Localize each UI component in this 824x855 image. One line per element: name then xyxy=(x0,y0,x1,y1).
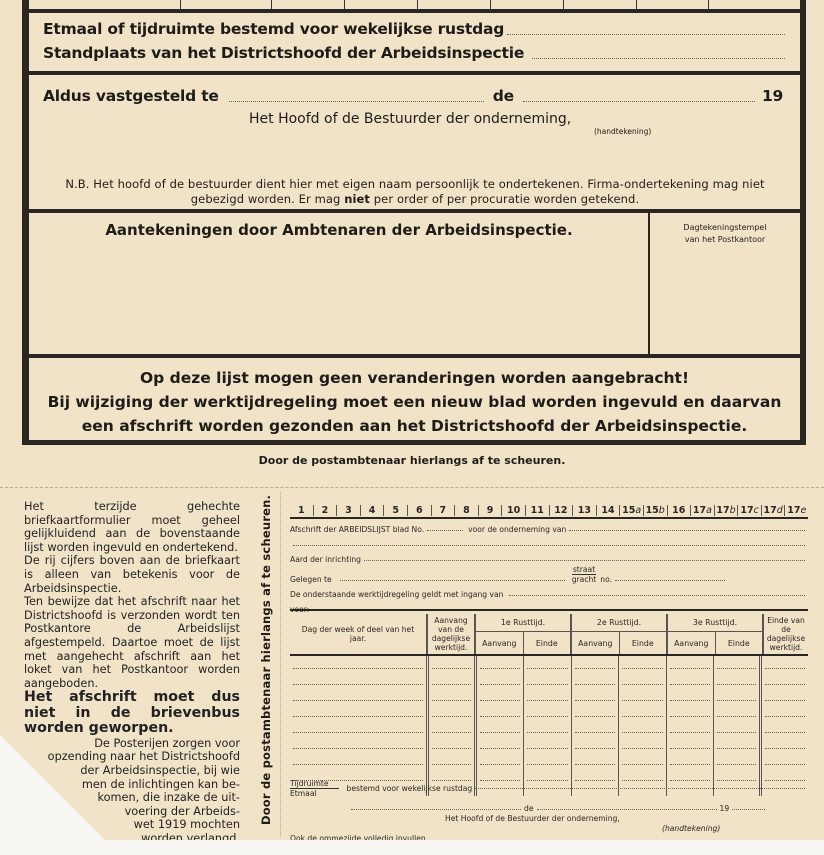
card-year-field[interactable] xyxy=(732,808,765,810)
top-cell xyxy=(709,0,800,9)
card-signature-hint: (handtekening) xyxy=(290,824,808,833)
form-bottom-border xyxy=(22,440,806,445)
col-rest-2: 2e Rusttijd. AanvangEinde xyxy=(572,614,668,654)
notes-area[interactable] xyxy=(29,238,648,354)
top-cell xyxy=(418,0,491,9)
col-day: Dag der week of deel van het jaar. xyxy=(290,614,428,654)
date-de-label: de xyxy=(493,87,514,105)
established-label: Aldus vastgesteld te xyxy=(43,87,219,105)
rest2-end-column[interactable] xyxy=(619,656,667,796)
postcard-copy: 123456789101112131415a15b1617a17b17c17d1… xyxy=(290,503,808,614)
tear-line[interactable] xyxy=(0,487,824,488)
divider xyxy=(22,354,806,358)
nb-line-1: N.B. Het hoofd of de bestuurder dient hi… xyxy=(32,177,798,192)
rest1-start-column[interactable] xyxy=(477,656,524,796)
card-signatory: Het Hoofd of de Bestuurder der ondernemi… xyxy=(290,814,808,823)
top-cell xyxy=(181,0,272,9)
copy-line: Afschrift der ARBEIDSLIJST blad No. voor… xyxy=(290,521,808,534)
start-column[interactable] xyxy=(429,656,477,796)
rest2-start-column[interactable] xyxy=(572,656,619,796)
established-line: Aldus vastgesteld te de 19 xyxy=(43,87,788,105)
divider xyxy=(22,9,806,13)
top-cell xyxy=(564,0,636,9)
card-date-field[interactable] xyxy=(537,808,717,810)
card-rest-day-line: TijdruimteEtmaal bestemd voor wekelijkse… xyxy=(290,778,808,798)
postcard-footer: TijdruimteEtmaal bestemd voor wekelijkse… xyxy=(290,778,808,843)
vertical-tear-line[interactable] xyxy=(280,492,281,837)
top-cell xyxy=(345,0,418,9)
vertical-tear-instruction: Door de postambtenaar hierlangs af te sc… xyxy=(258,500,274,820)
year-label: 19 xyxy=(762,87,783,105)
schedule-table-body[interactable] xyxy=(290,656,808,796)
form-border-right xyxy=(800,0,806,445)
notes-title: Aantekeningen door Ambtenaren der Arbeid… xyxy=(29,221,649,239)
form-border-left xyxy=(22,0,29,445)
col-rest-3: 3e Rusttijd. AanvangEinde xyxy=(668,614,764,654)
house-number-field[interactable] xyxy=(615,579,725,581)
signature-hint: (handtekening) xyxy=(594,127,651,136)
company-field-2[interactable] xyxy=(290,536,808,549)
rest3-end-column[interactable] xyxy=(714,656,762,796)
info-text: Het terzijde gehechte briefkaartformulie… xyxy=(24,500,240,846)
rest-day-label: Etmaal of tijdruimte bestemd voor wekeli… xyxy=(43,20,504,38)
day-column[interactable] xyxy=(290,656,429,796)
location-field[interactable] xyxy=(340,579,565,581)
nature-line: Aard der inrichting xyxy=(290,551,808,564)
tear-instruction: Door de postambtenaar hierlangs af te sc… xyxy=(0,454,824,467)
end-column[interactable] xyxy=(762,656,808,796)
schedule-table: Dag der week of deel van het jaar. Aanva… xyxy=(290,609,808,796)
card-place-field[interactable] xyxy=(351,808,521,810)
change-warning: Op deze lijst mogen geen veranderingen w… xyxy=(29,366,800,438)
col-end: Einde van de dagelijkse werktijd. xyxy=(764,614,808,654)
top-cell xyxy=(491,0,564,9)
col-rest-1: 1e Rusttijd. AanvangEinde xyxy=(476,614,572,654)
postmark-stamp-label: Dagtekeningstempel van het Postkantoor xyxy=(650,222,800,246)
card-date-line: de 19 xyxy=(290,801,768,813)
divider xyxy=(22,71,806,75)
place-field[interactable] xyxy=(229,100,484,102)
nature-field[interactable] xyxy=(364,559,805,561)
signatory-label: Het Hoofd of de Bestuurder der ondernemi… xyxy=(249,111,571,127)
top-cell xyxy=(29,0,181,9)
nb-note: N.B. Het hoofd of de bestuurder dient hi… xyxy=(32,177,798,207)
valid-from-line: De onderstaande werktijdregeling geldt m… xyxy=(290,586,808,599)
period-fraction: TijdruimteEtmaal xyxy=(290,779,339,798)
page-bottom-edge xyxy=(0,840,824,855)
rest-day-field[interactable]: Etmaal of tijdruimte bestemd voor wekeli… xyxy=(43,20,788,38)
district-label: Standplaats van het Districtshoofd der A… xyxy=(43,44,524,62)
top-cell-row xyxy=(29,0,800,9)
divider xyxy=(22,209,806,213)
top-cell xyxy=(637,0,709,9)
sheet-number-field[interactable] xyxy=(427,529,463,531)
date-field[interactable] xyxy=(523,100,755,102)
district-field[interactable]: Standplaats van het Districtshoofd der A… xyxy=(43,44,788,62)
nb-line-2: gebezigd worden. Er mag niet per order o… xyxy=(32,192,798,207)
valid-from-field[interactable] xyxy=(509,594,805,596)
top-cell xyxy=(272,0,344,9)
rest3-start-column[interactable] xyxy=(667,656,714,796)
schedule-table-header: Dag der week of deel van het jaar. Aanva… xyxy=(290,614,808,656)
col-start: Aanvang van de dagelijkse werktijd. xyxy=(428,614,476,654)
card-rest-day-field[interactable] xyxy=(475,787,805,789)
street-canal-fraction: straatgracht xyxy=(572,565,597,584)
inspection-number-row: 123456789101112131415a15b1617a17b17c17d1… xyxy=(290,503,808,519)
company-field[interactable] xyxy=(569,529,805,531)
rest1-end-column[interactable] xyxy=(524,656,572,796)
location-line: Gelegen te straatgracht no. xyxy=(290,566,808,584)
